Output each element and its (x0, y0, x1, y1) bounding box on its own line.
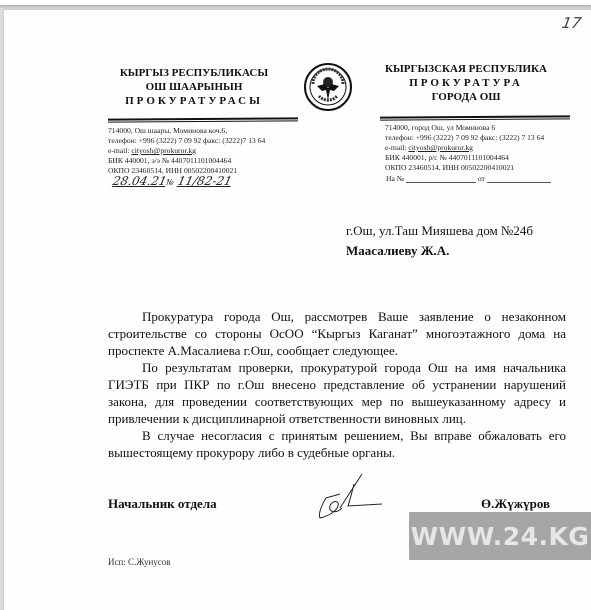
header-right-line2: ПРОКУРАТУРА (378, 76, 554, 90)
body-paragraph: В случае несогласия с принятым решением,… (108, 427, 566, 461)
body-paragraph: По результатам проверки, прокуратурой го… (108, 359, 566, 427)
incoming-no-label: На № (386, 174, 404, 183)
email-link[interactable]: cityosh@prokuror.kg (408, 143, 473, 152)
letter-body: Прокуратура города Ош, рассмотрев Ваше з… (108, 308, 566, 461)
contacts-left: 714000, Ош шаары, Моминова коч.6, телефо… (108, 126, 265, 176)
page-number: 17 (560, 14, 582, 32)
contact-phone: телефон: +996 (3222) 7 09 92 факс: (3222… (108, 136, 265, 146)
header-left-kyrgyz: КЫРГЫЗ РЕСПУБЛИКАСЫ ОШ ШААРЫНЫН ПРОКУРАТ… (108, 66, 280, 108)
contact-address: 714000, Ош шаары, Моминова коч.6, (108, 126, 265, 136)
header-left-line1: КЫРГЫЗ РЕСПУБЛИКАСЫ (108, 66, 280, 80)
executor-note: Исп: С.Жунусов (108, 557, 171, 567)
contact-email-row: e-mail: cityosh@prokuror.kg (108, 146, 265, 156)
contact-codes: ОКПО 23460514, ИНН 00502200410021 (385, 163, 544, 173)
header-right-russian: КЫРГЫЗСКАЯ РЕСПУБЛИКА ПРОКУРАТУРА ГОРОДА… (378, 62, 554, 104)
header-right-line1: КЫРГЫЗСКАЯ РЕСПУБЛИКА (378, 62, 554, 76)
header-right-line3: ГОРОДА ОШ (378, 90, 554, 104)
email-label: e-mail: (385, 143, 408, 152)
contact-email-row: e-mail: cityosh@prokuror.kg (385, 143, 544, 153)
state-emblem-icon (303, 62, 353, 112)
number-label: № (165, 178, 174, 187)
contact-phone: телефон: +996 (3222) 7 09 92 факс: (3222… (385, 133, 544, 143)
outgoing-number: 11/82-21 (176, 174, 233, 188)
watermark-text: WWW.24.KG (411, 522, 590, 551)
recipient-name: Маасалиеву Ж.А. (346, 243, 449, 259)
site-watermark: WWW.24.KG (409, 512, 591, 560)
recipient-address: г.Ош, ул.Таш Мияшева дом №24б (346, 223, 533, 239)
header-left-line2: ОШ ШААРЫНЫН (108, 80, 280, 94)
outgoing-date: 28.04.21 (112, 174, 168, 188)
handwritten-signature-icon (312, 470, 392, 522)
incoming-from-label: от (478, 174, 485, 183)
email-label: e-mail: (108, 146, 131, 155)
outgoing-reference: 28.04.21№ 11/82-21 (112, 174, 234, 188)
contact-address: 714000, город Ош, ул Моминова 6 (385, 123, 544, 133)
header-left-line3: ПРОКУРАТУРАСЫ (108, 94, 280, 108)
body-paragraph: Прокуратура города Ош, рассмотрев Ваше з… (108, 308, 566, 359)
email-link[interactable]: cityosh@prokuror.kg (131, 146, 196, 155)
incoming-reference: На № от (386, 174, 551, 183)
incoming-number-blank (406, 174, 476, 183)
contacts-right: 714000, город Ош, ул Моминова 6 телефон:… (385, 123, 544, 173)
viewer-top-bar (0, 0, 591, 6)
signatory-title: Начальник отдела (108, 496, 217, 512)
signatory-name: Ө.Жүжүров (481, 496, 550, 512)
contact-bank: БИК 440001, р/с № 4407011101004464 (385, 153, 544, 163)
contact-bank: БИК 440001, э/э № 4407011101004464 (108, 156, 265, 166)
incoming-date-blank (487, 174, 551, 183)
